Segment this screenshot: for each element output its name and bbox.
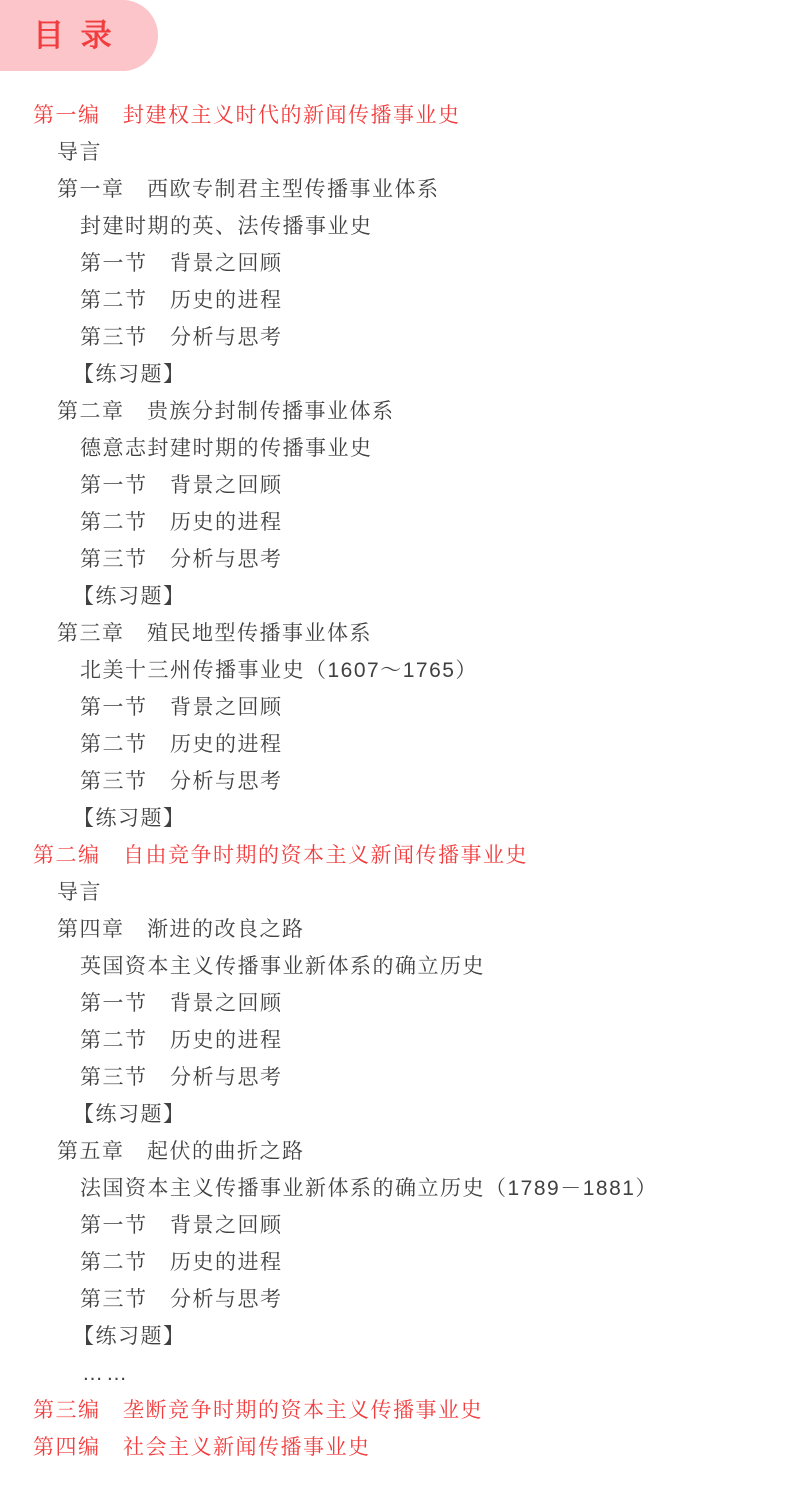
toc-header-badge: 目 录 xyxy=(0,0,158,71)
toc-entry[interactable]: 第二节 历史的进程 xyxy=(0,504,790,541)
toc-entry[interactable]: 第三节 分析与思考 xyxy=(0,319,790,356)
toc-entry[interactable]: 第三节 分析与思考 xyxy=(0,763,790,800)
toc-entry[interactable]: 【练习题】 xyxy=(0,356,790,393)
toc-entry[interactable]: 第一章 西欧专制君主型传播事业体系 xyxy=(0,171,790,208)
toc-entry[interactable]: 第一节 背景之回顾 xyxy=(0,985,790,1022)
toc-entry[interactable]: 第二节 历史的进程 xyxy=(0,726,790,763)
toc-entry[interactable]: 第一节 背景之回顾 xyxy=(0,689,790,726)
toc-entry[interactable]: 第二节 历史的进程 xyxy=(0,1244,790,1281)
toc-entry[interactable]: 北美十三州传播事业史（1607～1765） xyxy=(0,652,790,689)
toc-entry[interactable]: 【练习题】 xyxy=(0,1318,790,1355)
toc-entry[interactable]: 第二节 历史的进程 xyxy=(0,1022,790,1059)
toc-entry[interactable]: 第一节 背景之回顾 xyxy=(0,467,790,504)
toc-entry[interactable]: 第四编 社会主义新闻传播事业史 xyxy=(0,1429,790,1466)
toc-entry[interactable]: 第三节 分析与思考 xyxy=(0,1059,790,1096)
toc-entry[interactable]: 德意志封建时期的传播事业史 xyxy=(0,430,790,467)
toc-entry[interactable]: 第五章 起伏的曲折之路 xyxy=(0,1133,790,1170)
toc-entry[interactable]: 【练习题】 xyxy=(0,800,790,837)
toc-entry[interactable]: 导言 xyxy=(0,134,790,171)
toc-entry[interactable]: 法国资本主义传播事业新体系的确立历史（1789－1881） xyxy=(0,1170,790,1207)
toc-entry[interactable]: 第三编 垄断竞争时期的资本主义传播事业史 xyxy=(0,1392,790,1429)
toc-page: 目 录 第一编 封建权主义时代的新闻传播事业史导言第一章 西欧专制君主型传播事业… xyxy=(0,0,790,1507)
toc-entry[interactable]: 第一节 背景之回顾 xyxy=(0,245,790,282)
toc-entry[interactable]: 第一节 背景之回顾 xyxy=(0,1207,790,1244)
toc-entry[interactable]: 英国资本主义传播事业新体系的确立历史 xyxy=(0,948,790,985)
toc-entry[interactable]: …… xyxy=(0,1355,790,1392)
toc-entry[interactable]: 【练习题】 xyxy=(0,1096,790,1133)
page-title: 目 录 xyxy=(33,20,116,51)
toc-entry[interactable]: 【练习题】 xyxy=(0,578,790,615)
toc-entry[interactable]: 第一编 封建权主义时代的新闻传播事业史 xyxy=(0,97,790,134)
toc-entry[interactable]: 第二节 历史的进程 xyxy=(0,282,790,319)
toc-entry[interactable]: 第三节 分析与思考 xyxy=(0,1281,790,1318)
toc-entry[interactable]: 第二章 贵族分封制传播事业体系 xyxy=(0,393,790,430)
toc-entry[interactable]: 第二编 自由竞争时期的资本主义新闻传播事业史 xyxy=(0,837,790,874)
toc-entry[interactable]: 第四章 渐进的改良之路 xyxy=(0,911,790,948)
toc-entry[interactable]: 第三章 殖民地型传播事业体系 xyxy=(0,615,790,652)
toc-list: 第一编 封建权主义时代的新闻传播事业史导言第一章 西欧专制君主型传播事业体系封建… xyxy=(0,97,790,1466)
toc-entry[interactable]: 导言 xyxy=(0,874,790,911)
toc-entry[interactable]: 第三节 分析与思考 xyxy=(0,541,790,578)
toc-entry[interactable]: 封建时期的英、法传播事业史 xyxy=(0,208,790,245)
